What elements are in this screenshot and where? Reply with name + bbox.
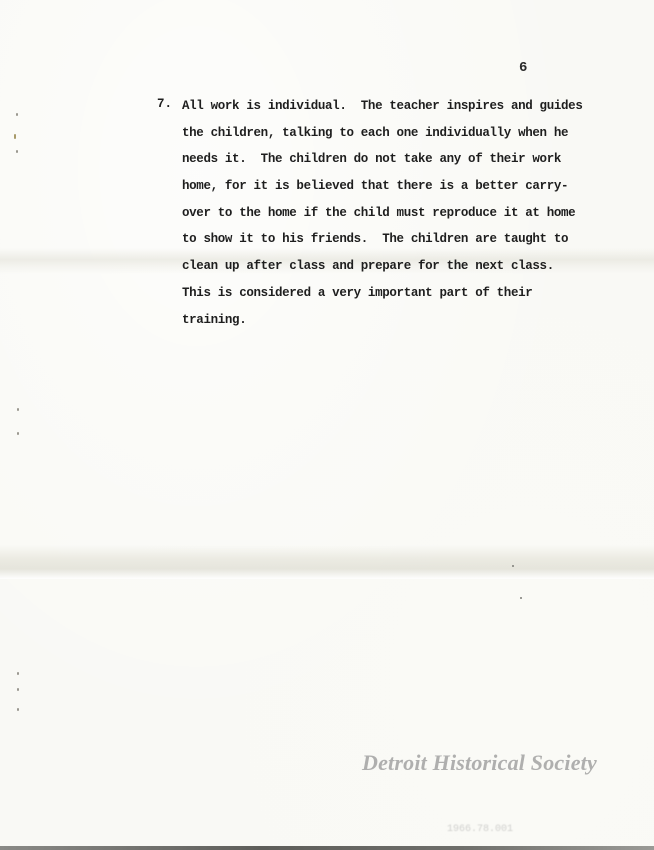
text-line: the children, talking to each one indivi… [182, 124, 582, 151]
margin-mark [16, 150, 18, 153]
margin-mark [14, 134, 16, 139]
paper-bottom-edge [0, 846, 654, 850]
document-page: 6 7. All work is individual. The teacher… [0, 0, 654, 850]
text-line: home, for it is believed that there is a… [182, 177, 582, 204]
margin-mark [17, 408, 19, 411]
watermark: Detroit Historical Society [362, 750, 597, 776]
text-line: over to the home if the child must repro… [182, 204, 582, 231]
text-line: training. [182, 311, 582, 338]
margin-mark [17, 432, 19, 435]
text-line: to show it to his friends. The children … [182, 230, 582, 257]
paper-fold-lower [0, 545, 654, 579]
text-line: This is considered a very important part… [182, 284, 582, 311]
margin-mark [17, 688, 19, 691]
accession-stamp: 1966.78.001 [447, 824, 513, 835]
margin-mark [17, 672, 19, 675]
item-number: 7. [157, 97, 172, 111]
paper-speck [512, 565, 514, 567]
margin-mark [17, 708, 19, 711]
text-line: clean up after class and prepare for the… [182, 257, 582, 284]
page-number: 6 [519, 60, 527, 76]
item-text: All work is individual. The teacher insp… [182, 97, 582, 337]
text-line: needs it. The children do not take any o… [182, 150, 582, 177]
paper-speck [520, 597, 522, 599]
text-line: All work is individual. The teacher insp… [182, 97, 582, 124]
margin-mark [16, 113, 18, 116]
